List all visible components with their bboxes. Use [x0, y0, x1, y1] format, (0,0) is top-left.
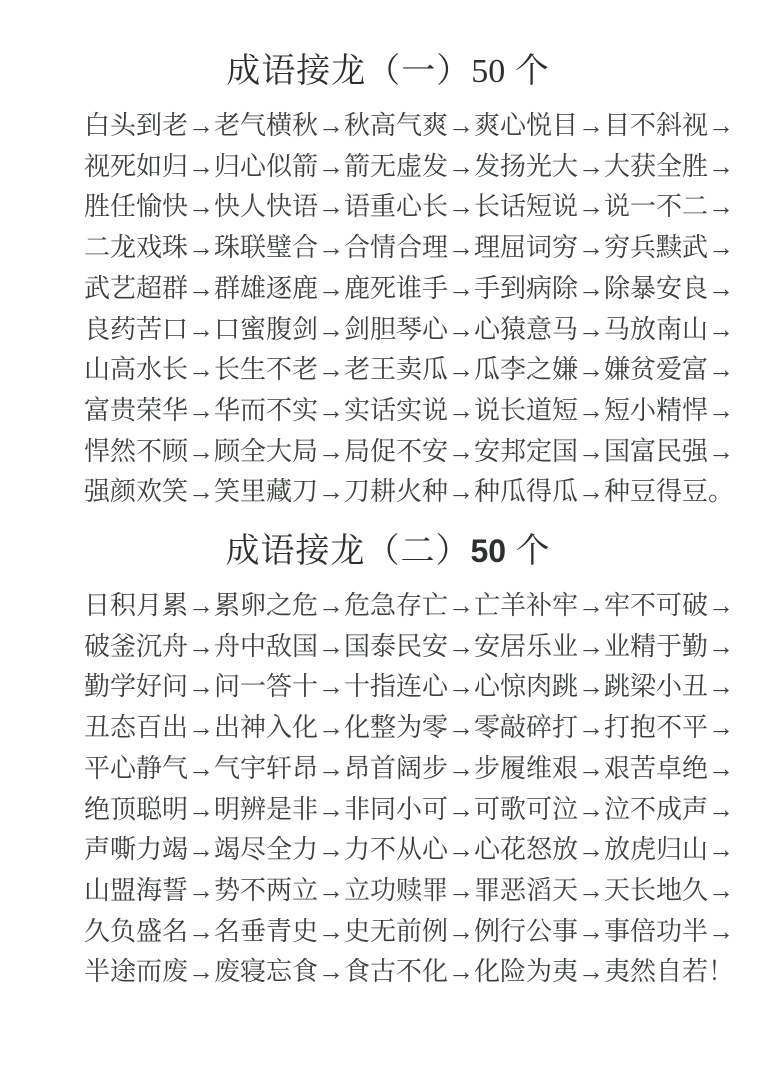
- section-one-lines: 白头到老→老气横秋→秋高气爽→爽心悦目→目不斜视→ 视死如归→归心似箭→箭无虚发…: [84, 106, 692, 513]
- idiom-line: 视死如归→归心似箭→箭无虚发→发扬光大→大获全胜→: [84, 147, 692, 188]
- idiom-line: 二龙戏珠→珠联璧合→合情合理→理屈词穷→穷兵黩武→: [84, 228, 692, 269]
- idiom-line: 平心静气→气宇轩昂→昂首阔步→步履维艰→艰苦卓绝→: [84, 749, 692, 790]
- idiom-line: 绝顶聪明→明辨是非→非同小可→可歌可泣→泣不成声→: [84, 790, 692, 831]
- idiom-line: 丑态百出→出神入化→化整为零→零敲碎打→打抱不平→: [84, 708, 692, 749]
- section-two-title: 成语接龙（二）50 个: [84, 527, 692, 576]
- idiom-line: 强颜欢笑→笑里藏刀→刀耕火种→种瓜得瓜→种豆得豆。: [84, 472, 692, 513]
- section-two: 成语接龙（二）50 个 日积月累→累卵之危→危急存亡→亡羊补牢→牢不可破→ 破釜…: [84, 527, 692, 993]
- idiom-line: 破釜沉舟→舟中敌国→国泰民安→安居乐业→业精于勤→: [84, 627, 692, 668]
- idiom-line: 山高水长→长生不老→老王卖瓜→瓜李之嫌→嫌贫爱富→: [84, 350, 692, 391]
- idiom-line: 良药苦口→口蜜腹剑→剑胆琴心→心猿意马→马放南山→: [84, 310, 692, 351]
- idiom-line: 悍然不顾→顾全大局→局促不安→安邦定国→国富民强→: [84, 432, 692, 473]
- section-one-title-text: 成语接龙（一）: [226, 53, 471, 90]
- section-one-title: 成语接龙（一）50 个: [84, 48, 692, 96]
- idiom-line: 武艺超群→群雄逐鹿→鹿死谁手→手到病除→除暴安良→: [84, 269, 692, 310]
- idiom-line: 日积月累→累卵之危→危急存亡→亡羊补牢→牢不可破→: [84, 586, 692, 627]
- idiom-line: 半途而废→废寝忘食→食古不化→化险为夷→夷然自若！: [84, 952, 692, 993]
- section-two-lines: 日积月累→累卵之危→危急存亡→亡羊补牢→牢不可破→ 破釜沉舟→舟中敌国→国泰民安…: [84, 586, 692, 993]
- section-two-title-unit: 个: [506, 533, 551, 570]
- section-two-title-text: 成语接龙（二）: [225, 533, 470, 570]
- idiom-line: 久负盛名→名垂青史→史无前例→例行公事→事倍功半→: [84, 912, 692, 953]
- idiom-line: 富贵荣华→华而不实→实话实说→说长道短→短小精悍→: [84, 391, 692, 432]
- section-one: 成语接龙（一）50 个 白头到老→老气横秋→秋高气爽→爽心悦目→目不斜视→ 视死…: [84, 48, 692, 513]
- idiom-line: 白头到老→老气横秋→秋高气爽→爽心悦目→目不斜视→: [84, 106, 692, 147]
- section-one-title-unit: 个: [505, 53, 550, 90]
- idiom-line: 勤学好问→问一答十→十指连心→心惊肉跳→跳梁小丑→: [84, 667, 692, 708]
- worksheet-page: 成语接龙（一）50 个 白头到老→老气横秋→秋高气爽→爽心悦目→目不斜视→ 视死…: [0, 0, 776, 1080]
- section-two-title-count: 50: [470, 533, 506, 569]
- idiom-line: 胜任愉快→快人快语→语重心长→长话短说→说一不二→: [84, 187, 692, 228]
- idiom-line: 山盟海誓→势不两立→立功赎罪→罪恶滔天→天长地久→: [84, 871, 692, 912]
- section-one-title-count: 50: [471, 53, 505, 90]
- idiom-line: 声嘶力竭→竭尽全力→力不从心→心花怒放→放虎归山→: [84, 830, 692, 871]
